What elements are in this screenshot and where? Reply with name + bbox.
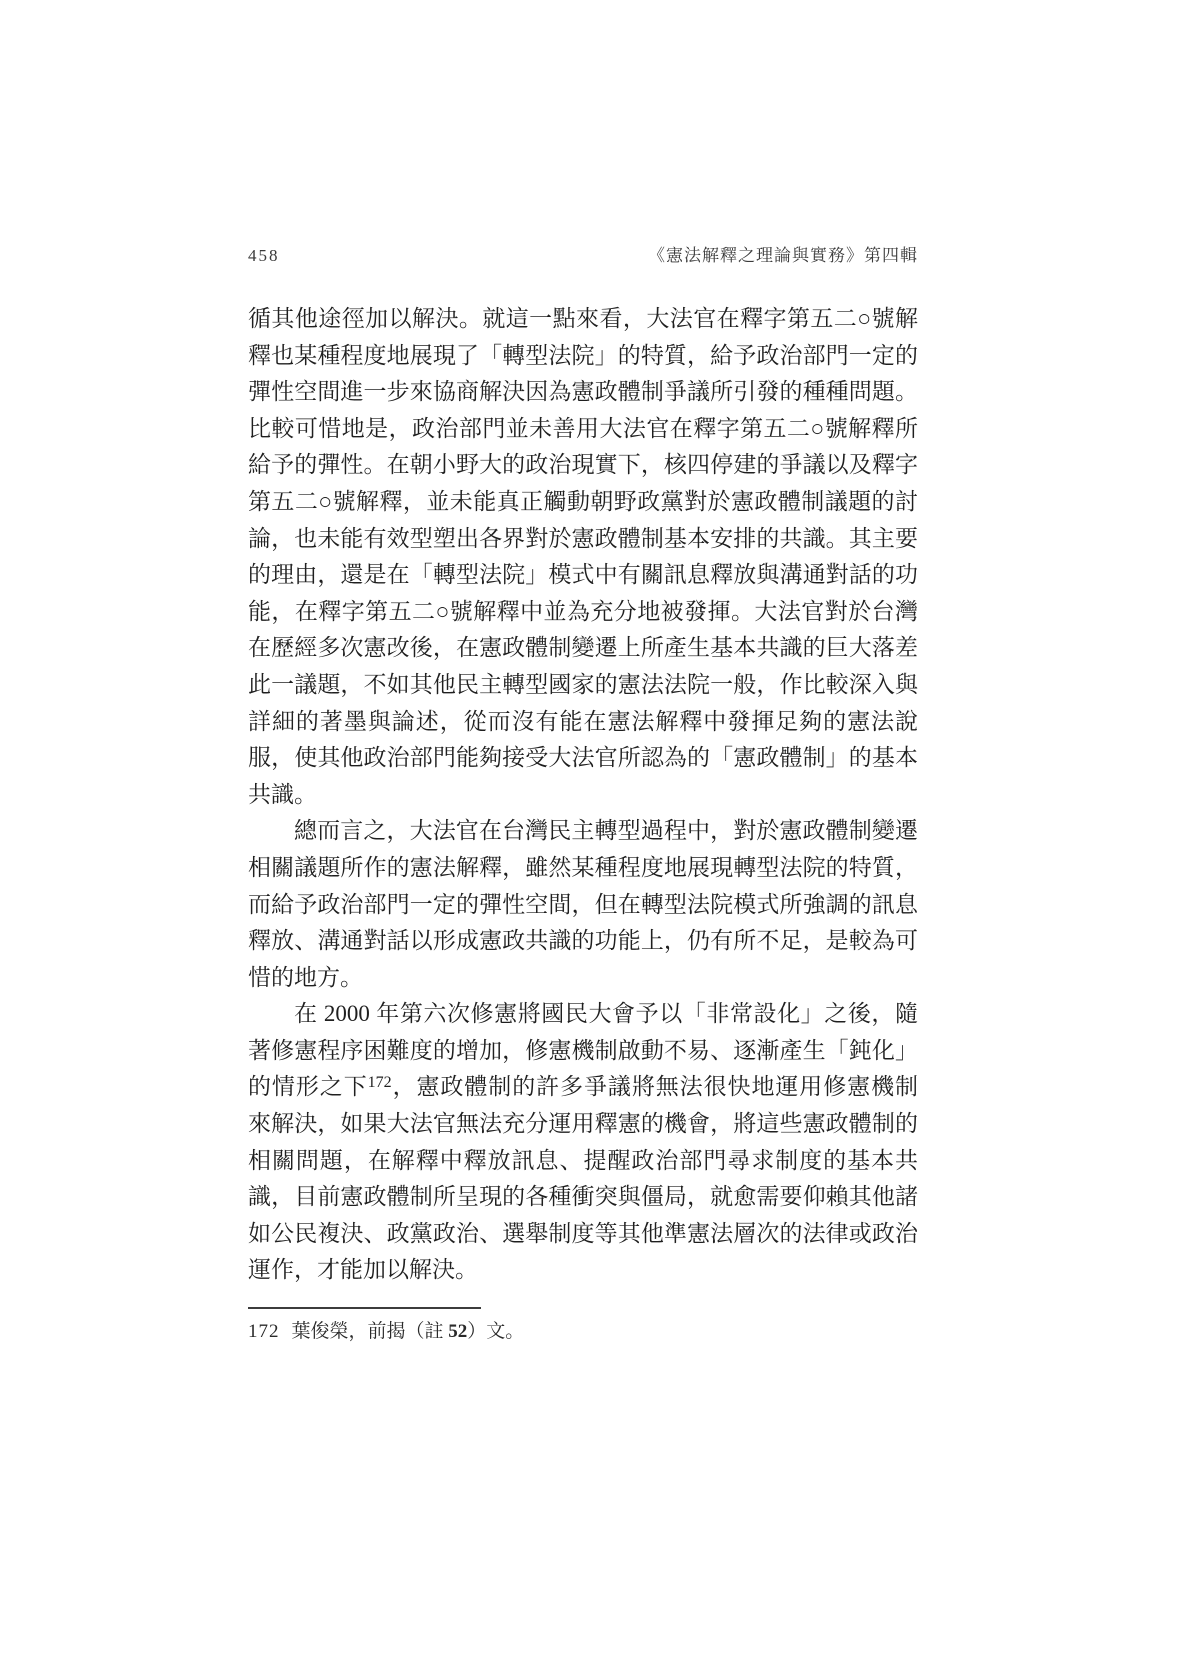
text-line: 相關問題，在解釋中釋放訊息、提醒政治部門尋求制度的基本共 bbox=[248, 1143, 918, 1180]
text-line: 此一議題，不如其他民主轉型國家的憲法法院一般，作比較深入與 bbox=[248, 667, 918, 704]
text-line: 惜的地方。 bbox=[248, 960, 918, 997]
text-line: 論，也未能有效型塑出各界對於憲政體制基本安排的共識。其主要 bbox=[248, 521, 918, 558]
text-segment: ，憲政體制的許多爭議將無法很快地運用修憲機制 bbox=[392, 1074, 918, 1099]
text-line: 在 2000 年第六次修憲將國民大會予以「非常設化」之後，隨 bbox=[248, 996, 918, 1033]
text-line: 能，在釋字第五二○號解釋中並為充分地被發揮。大法官對於台灣 bbox=[248, 594, 918, 631]
footnote-number: 172 bbox=[248, 1321, 280, 1342]
text-line: 彈性空間進一步來協商解決因為憲政體制爭議所引發的種種問題。 bbox=[248, 374, 918, 411]
text-line: 的理由，還是在「轉型法院」模式中有關訊息釋放與溝通對話的功 bbox=[248, 557, 918, 594]
text-line: 識，目前憲政體制所呈現的各種衝突與僵局，就愈需要仰賴其他諸 bbox=[248, 1179, 918, 1216]
body-text: 循其他途徑加以解決。就這一點來看，大法官在釋字第五二○號解 釋也某種程度地展現了… bbox=[248, 301, 918, 1289]
page-content: 458 《憲法解釋之理論與實務》第四輯 循其他途徑加以解決。就這一點來看，大法官… bbox=[248, 245, 918, 1346]
footnote-text: 葉俊榮，前揭（註 bbox=[292, 1321, 449, 1342]
text-line: 來解決，如果大法官無法充分運用釋憲的機會，將這些憲政體制的 bbox=[248, 1106, 918, 1143]
book-page: 458 《憲法解釋之理論與實務》第四輯 循其他途徑加以解決。就這一點來看，大法官… bbox=[0, 0, 1177, 1664]
text-line: 循其他途徑加以解決。就這一點來看，大法官在釋字第五二○號解 bbox=[248, 301, 918, 338]
text-line: 而給予政治部門一定的彈性空間，但在轉型法院模式所強調的訊息 bbox=[248, 887, 918, 924]
paragraph-3: 在 2000 年第六次修憲將國民大會予以「非常設化」之後，隨 著修憲程序困難度的… bbox=[248, 996, 918, 1289]
text-line: 第五二○號解釋，並未能真正觸動朝野政黨對於憲政體制議題的討 bbox=[248, 484, 918, 521]
footnote: 172葉俊榮，前揭（註 52）文。 bbox=[248, 1318, 918, 1346]
paragraph-2: 總而言之，大法官在台灣民主轉型過程中，對於憲政體制變遷 相關議題所作的憲法解釋，… bbox=[248, 813, 918, 996]
text-line: 服，使其他政治部門能夠接受大法官所認為的「憲政體制」的基本 bbox=[248, 740, 918, 777]
text-line: 在歷經多次憲改後，在憲政體制變遷上所產生基本共識的巨大落差 bbox=[248, 630, 918, 667]
text-line: 運作，才能加以解決。 bbox=[248, 1252, 918, 1289]
running-head-book-title: 《憲法解釋之理論與實務》第四輯 bbox=[648, 245, 918, 267]
text-line: 詳細的著墨與論述，從而沒有能在憲法解釋中發揮足夠的憲法說 bbox=[248, 704, 918, 741]
text-segment: 的情形之下 bbox=[248, 1074, 368, 1099]
page-number: 458 bbox=[248, 245, 280, 267]
footnote-ref-bold: 52 bbox=[448, 1321, 467, 1342]
text-line: 著修憲程序困難度的增加，修憲機制啟動不易、逐漸產生「鈍化」 bbox=[248, 1033, 918, 1070]
text-line: 如公民複決、政黨政治、選舉制度等其他準憲法層次的法律或政治 bbox=[248, 1216, 918, 1253]
page-header: 458 《憲法解釋之理論與實務》第四輯 bbox=[248, 245, 918, 267]
text-line: 釋也某種程度地展現了「轉型法院」的特質，給予政治部門一定的 bbox=[248, 338, 918, 375]
text-line: 總而言之，大法官在台灣民主轉型過程中，對於憲政體制變遷 bbox=[248, 813, 918, 850]
text-line: 釋放、溝通對話以形成憲政共識的功能上，仍有所不足，是較為可 bbox=[248, 923, 918, 960]
text-line: 給予的彈性。在朝小野大的政治現實下，核四停建的爭議以及釋字 bbox=[248, 447, 918, 484]
footnote-text-after: ）文。 bbox=[467, 1321, 524, 1342]
paragraph-1: 循其他途徑加以解決。就這一點來看，大法官在釋字第五二○號解 釋也某種程度地展現了… bbox=[248, 301, 918, 813]
text-line: 比較可惜地是，政治部門並未善用大法官在釋字第五二○號解釋所 bbox=[248, 411, 918, 448]
text-line: 共識。 bbox=[248, 777, 918, 814]
footnote-separator bbox=[248, 1307, 481, 1309]
text-line: 相關議題所作的憲法解釋，雖然某種程度地展現轉型法院的特質， bbox=[248, 850, 918, 887]
footnote-marker-172: 172 bbox=[368, 1074, 392, 1091]
text-line-with-footnote-marker: 的情形之下172，憲政體制的許多爭議將無法很快地運用修憲機制 bbox=[248, 1069, 918, 1106]
